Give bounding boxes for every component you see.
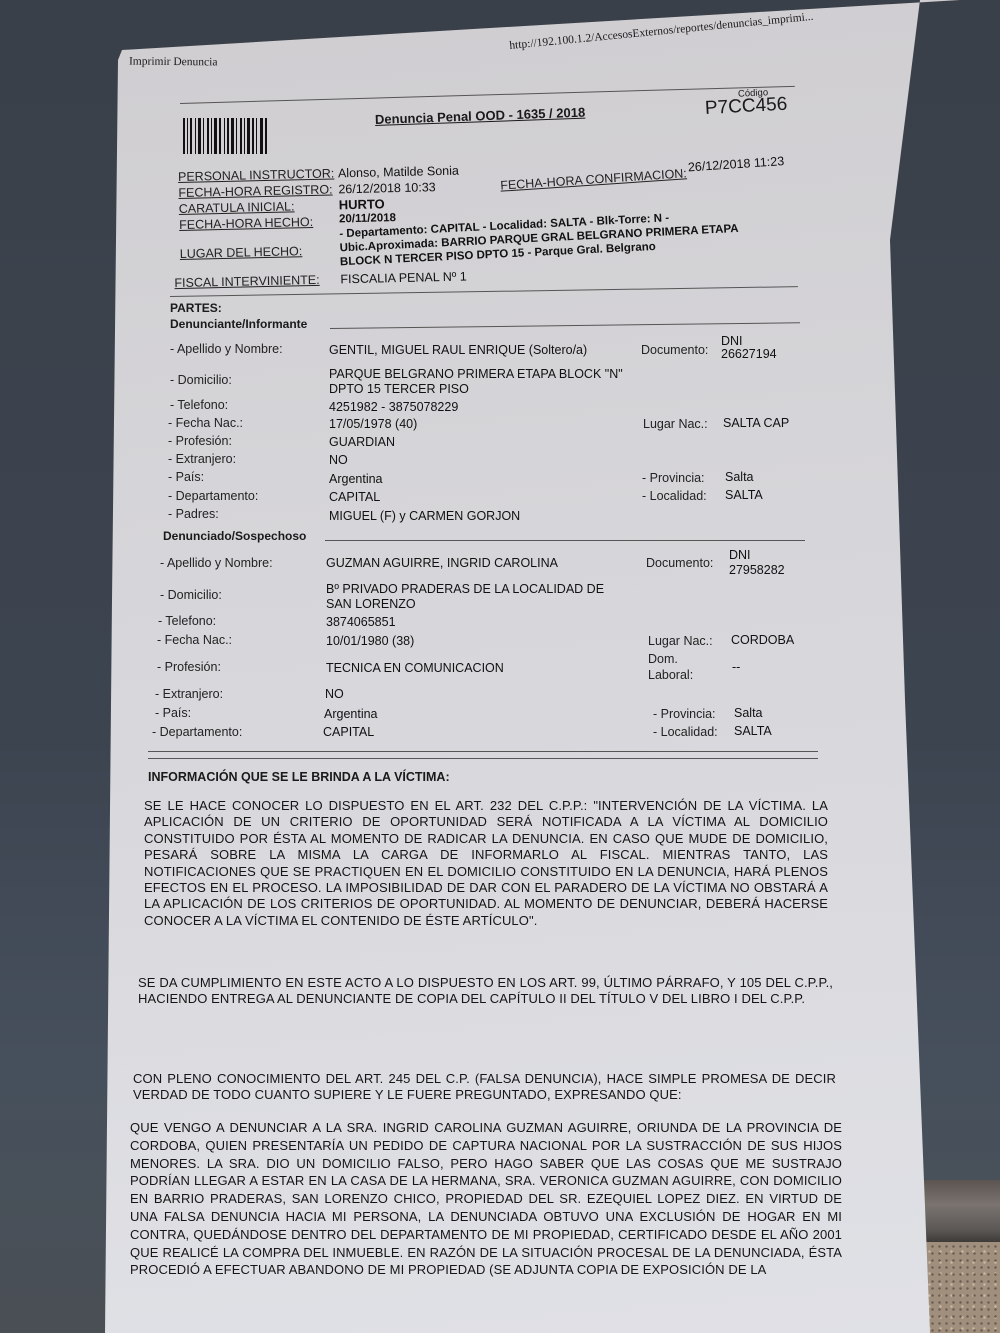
barcode-icon [183,118,273,154]
denunciado-domicilio-line-1: Bº PRIVADO PRADERAS DE LA LOCALIDAD DE [326,582,604,596]
denunciado-provincia-label: - Provincia: [653,707,716,721]
fiscal-label: FISCAL INTERVINIENTE: [174,273,319,290]
denunciado-lugar-nac-value: CORDOBA [731,633,794,647]
denunciante-domicilio-label: - Domicilio: [170,373,232,387]
statement-paragraph: QUE VENGO A DENUNCIAR A LA SRA. INGRID C… [130,1119,842,1279]
denunciado-departamento-label: - Departamento: [152,725,242,739]
fecha-registro-value: 26/12/2018 10:33 [338,180,436,196]
victim-info-heading: INFORMACIÓN QUE SE LE BRINDA A LA VÍCTIM… [148,770,450,784]
denunciado-divider [325,540,805,541]
denunciante-localidad-value: SALTA [725,488,763,502]
denunciado-nombre-value: GUZMAN AGUIRRE, INGRID CAROLINA [326,556,558,570]
denunciante-telefono-value: 4251982 - 3875078229 [329,400,458,414]
denunciante-departamento-value: CAPITAL [329,490,380,504]
personal-instructor-label: PERSONAL INSTRUCTOR: [178,166,335,184]
denunciado-profesion-label: - Profesión: [157,660,221,674]
denunciante-section-title: Denunciante/Informante [170,317,307,331]
fecha-hecho-value: 20/11/2018 [339,212,396,225]
document-title: Denuncia Penal OOD - 1635 / 2018 [375,105,586,127]
denunciado-domicilio-line-2: SAN LORENZO [326,597,416,611]
denunciado-documento-label: Documento: [646,556,713,570]
denunciante-localidad-label: - Localidad: [642,489,707,503]
denunciante-pais-label: - País: [168,470,204,484]
denunciado-localidad-value: SALTA [734,724,772,738]
denunciante-pais-value: Argentina [329,472,383,486]
denunciante-fecha-nac-label: - Fecha Nac.: [168,416,243,430]
fiscal-value: FISCALIA PENAL Nº 1 [340,269,467,286]
denunciante-provincia-value: Salta [725,470,754,484]
victim-info-paragraph-2: SE DA CUMPLIMIENTO EN ESTE ACTO A LO DIS… [138,975,833,1008]
denunciado-nombre-label: - Apellido y Nombre: [160,556,273,570]
denunciado-profesion-value: TECNICA EN COMUNICACION [326,661,504,675]
denunciante-domicilio-line-1: PARQUE BELGRANO PRIMERA ETAPA BLOCK "N" [329,367,623,381]
header-rule [180,86,795,104]
dom-laboral-label-2: Laboral: [648,668,693,682]
denunciante-profesion-value: GUARDIAN [329,435,395,449]
denunciante-domicilio-line-2: DPTO 15 TERCER PISO [329,382,469,396]
caratula-label: CARATULA INICIAL: [179,199,295,216]
printed-document: Imprimir Denuncia http://192.100.1.2/Acc… [0,0,1000,1333]
section-divider-2 [148,758,818,759]
denunciado-pais-value: Argentina [324,707,378,721]
dom-laboral-label-1: Dom. [648,652,678,666]
denunciante-fecha-nac-value: 17/05/1978 (40) [329,417,417,431]
denunciado-fecha-nac-value: 10/01/1980 (38) [326,634,414,648]
dom-laboral-value: -- [732,660,740,674]
denunciante-profesion-label: - Profesión: [168,434,232,448]
code-value: P7CC456 [704,94,787,120]
denunciante-divider [330,322,800,329]
denunciado-departamento-value: CAPITAL [323,725,374,739]
fecha-confirmacion-label: FECHA-HORA CONFIRMACION: [500,166,687,192]
denunciante-documento-type: DNI [721,334,743,348]
denunciado-telefono-value: 3874065851 [326,615,396,629]
denunciado-pais-label: - País: [155,706,191,720]
denunciado-section-title: Denunciado/Sospechoso [163,529,306,543]
caratula-value: HURTO [339,196,385,212]
denunciante-extranjero-label: - Extranjero: [168,452,236,466]
denunciante-documento-label: Documento: [641,343,708,357]
denunciado-fecha-nac-label: - Fecha Nac.: [157,633,232,647]
denunciante-padres-value: MIGUEL (F) y CARMEN GORJON [329,509,520,523]
denunciado-domicilio-label: - Domicilio: [160,588,222,602]
denunciado-documento-type: DNI [729,548,751,562]
fecha-hecho-label: FECHA-HORA HECHO: [179,215,313,232]
denunciante-telefono-label: - Telefono: [170,398,228,412]
denunciado-localidad-label: - Localidad: [653,725,718,739]
denunciante-nombre-value: GENTIL, MIGUEL RAUL ENRIQUE (Soltero/a) [329,343,587,357]
denunciado-extranjero-value: NO [325,687,344,701]
denunciante-padres-label: - Padres: [168,507,219,521]
victim-info-paragraph-1: SE LE HACE CONOCER LO DISPUESTO EN EL AR… [144,798,828,929]
denunciado-lugar-nac-label: Lugar Nac.: [648,634,713,648]
denunciado-documento-number: 27958282 [729,563,785,577]
denunciado-provincia-value: Salta [734,706,763,720]
denunciante-nombre-label: - Apellido y Nombre: [170,342,283,356]
print-header-label: Imprimir Denuncia [129,56,218,69]
fecha-registro-label: FECHA-HORA REGISTRO: [178,182,332,199]
denunciante-documento-number: 26627194 [721,347,777,361]
denunciante-provincia-label: - Provincia: [642,471,705,485]
denunciante-lugar-nac-value: SALTA CAP [723,416,789,430]
denunciante-departamento-label: - Departamento: [168,489,258,503]
denunciante-lugar-nac-label: Lugar Nac.: [643,417,708,431]
denunciado-extranjero-label: - Extranjero: [155,687,223,701]
denunciado-telefono-label: - Telefono: [158,614,216,628]
fecha-confirmacion-value: 26/12/2018 11:23 [687,154,784,174]
lugar-hecho-label: LUGAR DEL HECHO: [180,244,303,261]
partes-title: PARTES: [170,301,222,315]
section-divider-1 [148,751,818,752]
print-url: http://192.100.1.2/AccesosExternos/repor… [509,11,814,52]
victim-info-paragraph-3: CON PLENO CONOCIMIENTO DEL ART. 245 DEL … [133,1071,836,1104]
denunciante-extranjero-value: NO [329,453,348,467]
personal-instructor-value: Alonso, Matilde Sonia [338,164,459,181]
